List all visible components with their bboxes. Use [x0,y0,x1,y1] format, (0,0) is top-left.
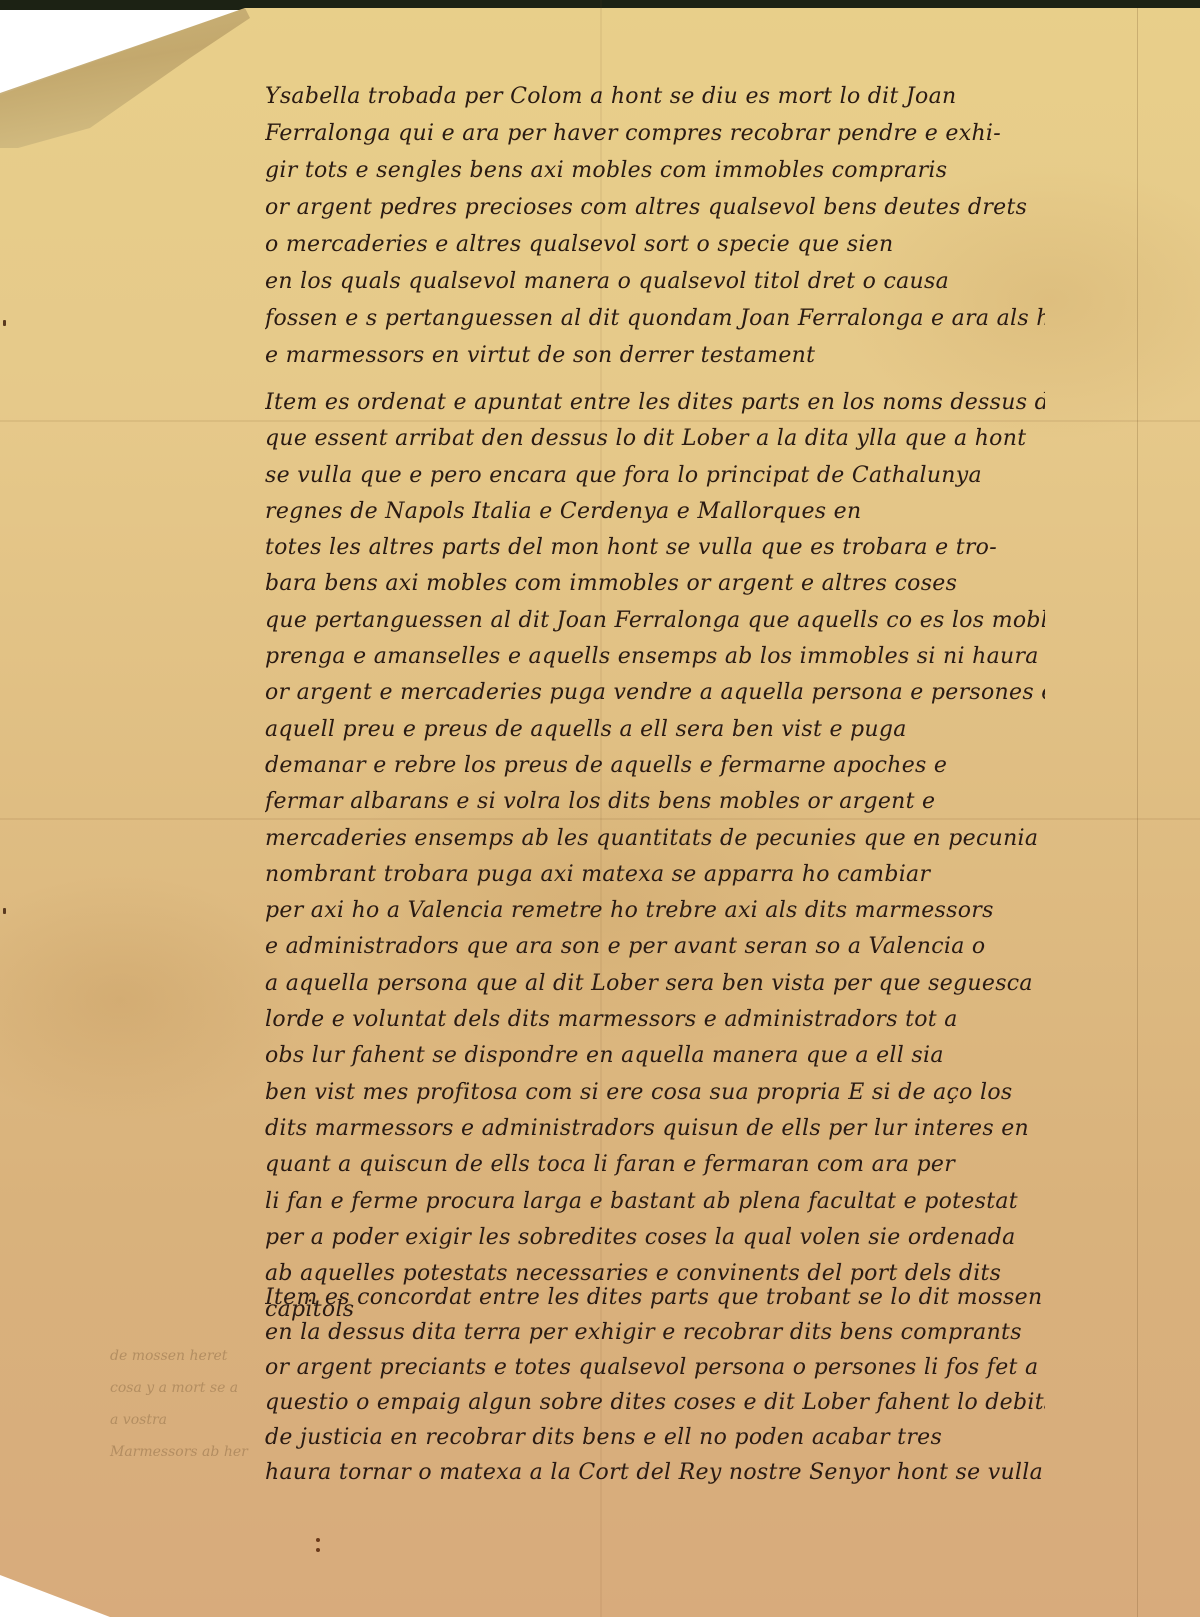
ink-dots [316,1538,320,1558]
text-line: per axi ho a Valencia remetre ho trebre … [265,893,1045,929]
text-line: ben vist mes profitosa com si ere cosa s… [265,1075,1045,1111]
bleed-through-text: de mossen heret cosa y a mort se a a vos… [110,1340,280,1468]
text-line: dits marmessors e administradors quisun … [265,1111,1045,1147]
text-line: fossen e s pertanguessen al dit quondam … [265,300,1045,337]
paragraph-2: Item es ordenat e apuntat entre les dite… [265,385,1045,1329]
text-line: Item es ordenat e apuntat entre les dite… [265,385,1045,421]
text-line: per a poder exigir les sobredites coses … [265,1220,1045,1256]
text-line: a aquella persona que al dit Lober sera … [265,966,1045,1002]
text-line: li fan e ferme procura larga e bastant a… [265,1184,1045,1220]
text-line: obs lur fahent se dispondre en aquella m… [265,1038,1045,1074]
paragraph-1: Ysabella trobada per Colom a hont se diu… [265,78,1045,374]
bleed-line: cosa y a mort se a [110,1372,280,1404]
text-line: regnes de Napols Italia e Cerdenya e Mal… [265,494,1045,530]
bleed-line: a vostra [110,1404,280,1436]
text-line: or argent e mercaderies puga vendre a aq… [265,675,1045,711]
paragraph-3: Item es concordat entre les dites parts … [265,1280,1045,1490]
text-line: nombrant trobara puga axi matexa se appa… [265,857,1045,893]
text-line: or argent preciants e totes qualsevol pe… [265,1350,1045,1385]
text-line: mercaderies ensemps ab les quantitats de… [265,821,1045,857]
bleed-line: Marmessors ab her [110,1436,280,1468]
text-line: Ysabella trobada per Colom a hont se diu… [265,78,1045,115]
text-line: prenga e amanselles e aquells ensemps ab… [265,639,1045,675]
text-line: se vulla que e pero encara que fora lo p… [265,458,1045,494]
text-line: gir tots e sengles bens axi mobles com i… [265,152,1045,189]
text-line: o mercaderies e altres qualsevol sort o … [265,226,1045,263]
text-line: que pertanguessen al dit Joan Ferralonga… [265,603,1045,639]
text-line: en la dessus dita terra per exhigir e re… [265,1315,1045,1350]
text-line: or argent pedres precioses com altres qu… [265,189,1045,226]
text-line: Ferralonga qui e ara per haver compres r… [265,115,1045,152]
text-line: Item es concordat entre les dites parts … [265,1280,1045,1315]
text-line: haura tornar o matexa a la Cort del Rey … [265,1455,1045,1490]
margin-mark [3,320,6,326]
text-line: demanar e rebre los preus de aquells e f… [265,748,1045,784]
text-line: e administradors que ara son e per avant… [265,929,1045,965]
text-line: questio o empaig algun sobre dites coses… [265,1385,1045,1420]
text-line: que essent arribat den dessus lo dit Lob… [265,421,1045,457]
text-line: lorde e voluntat dels dits marmessors e … [265,1002,1045,1038]
text-line: e marmessors en virtut de son derrer tes… [265,337,1045,374]
text-line: fermar albarans e si volra los dits bens… [265,784,1045,820]
text-line: quant a quiscun de ells toca li faran e … [265,1147,1045,1183]
text-line: aquell preu e preus de aquells a ell ser… [265,712,1045,748]
text-line: en los quals qualsevol manera o qualsevo… [265,263,1045,300]
text-line: de justicia en recobrar dits bens e ell … [265,1420,1045,1455]
text-line: totes les altres parts del mon hont se v… [265,530,1045,566]
text-line: bara bens axi mobles com immobles or arg… [265,566,1045,602]
margin-mark [3,908,6,914]
page-edge [1137,8,1138,1617]
bleed-line: de mossen heret [110,1340,280,1372]
